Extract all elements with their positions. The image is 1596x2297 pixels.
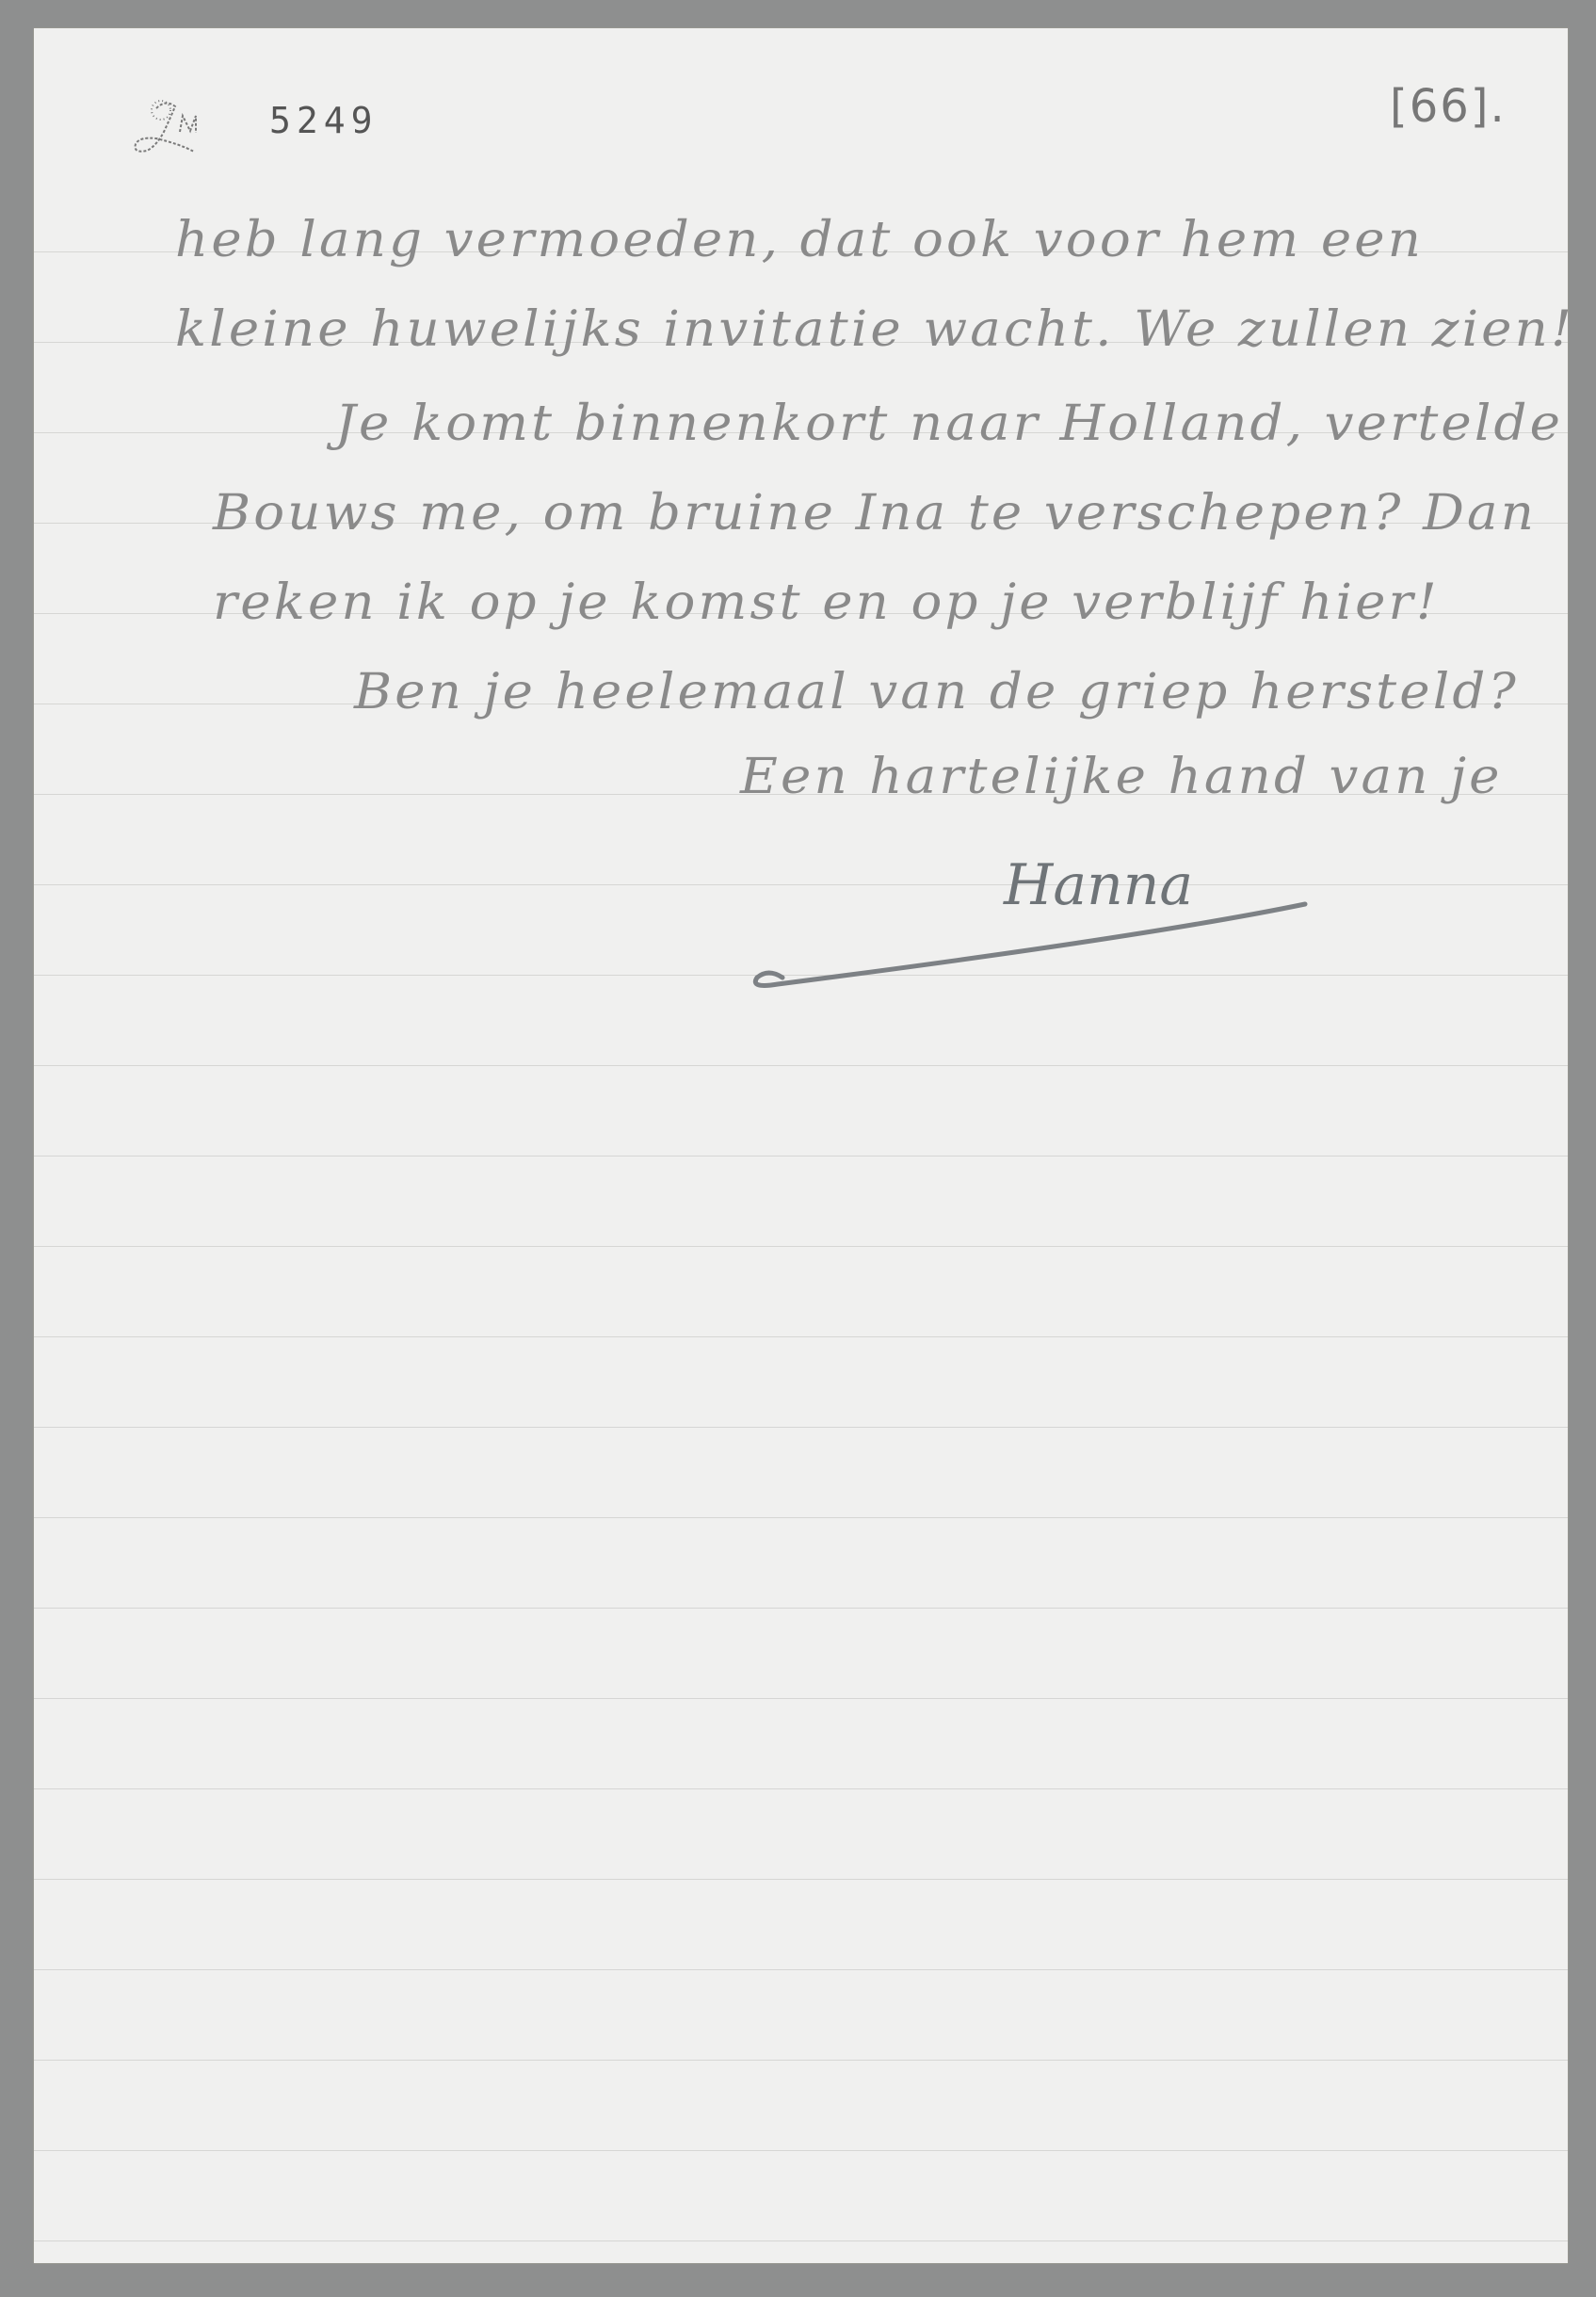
letter-line: reken ik op je komst en op je verblijf h… xyxy=(213,574,1440,631)
signature-underline-flourish xyxy=(750,895,1333,998)
letter-closing: Een hartelijke hand van je xyxy=(740,749,1503,805)
letter-line: Je komt binnenkort naar Holland, verteld… xyxy=(335,396,1563,452)
letter-line: Ben je heelemaal van de griep hersteld? xyxy=(354,664,1519,720)
rule-line xyxy=(34,1156,1568,1157)
rule-line xyxy=(34,2150,1568,2151)
letter-line: Bouws me, om bruine Ina te verschepen? D… xyxy=(213,485,1537,542)
rule-line xyxy=(34,1336,1568,1337)
rule-line xyxy=(34,1879,1568,1880)
rule-line xyxy=(34,1517,1568,1518)
archive-number: 5249 xyxy=(269,100,379,141)
letter-page: 5249 [66]. heb lang vermoeden, dat ook v… xyxy=(34,28,1568,2263)
rule-line xyxy=(34,1427,1568,1428)
rule-line xyxy=(34,2060,1568,2061)
rule-line xyxy=(34,1969,1568,1970)
page-number: [66]. xyxy=(1390,80,1507,133)
rule-line xyxy=(34,1246,1568,1247)
rule-line xyxy=(34,1608,1568,1609)
letter-line: kleine huwelijks invitatie wacht. We zul… xyxy=(175,301,1568,358)
rule-line xyxy=(34,884,1568,885)
rule-line xyxy=(34,2240,1568,2241)
rule-line xyxy=(34,1788,1568,1789)
rule-line xyxy=(34,1698,1568,1699)
archive-stamp-icon xyxy=(128,89,232,165)
rule-line xyxy=(34,1065,1568,1066)
letter-line: heb lang vermoeden, dat ook voor hem een xyxy=(175,212,1424,268)
